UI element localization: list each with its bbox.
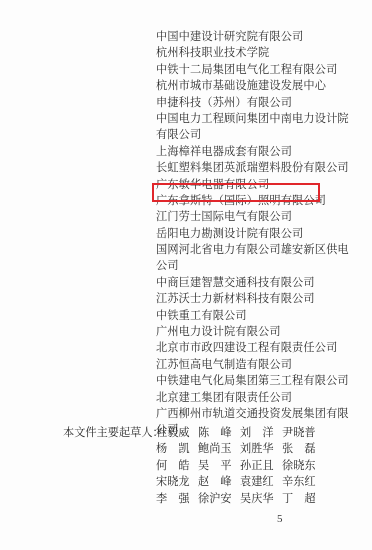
- organization-line: 江苏沃士力新材料科技有限公司: [156, 291, 356, 307]
- drafter-name: 吴庆华: [240, 492, 274, 505]
- organization-line: 中国中建设计研究院有限公司: [156, 29, 356, 45]
- organization-line: 中铁建电气化局集团第三工程有限公司: [156, 373, 356, 389]
- organization-line: 上海樟祥电器成套有限公司: [156, 144, 356, 160]
- drafter-row: 李 强 徐沪安 吴庆华 丁 超: [156, 491, 324, 507]
- organization-line: 江门劳士国际电气有限公司: [156, 209, 356, 225]
- drafter-name: 杨 凯: [156, 442, 190, 455]
- drafter-name: 张 磊: [282, 442, 316, 455]
- drafter-row: 杜毅威 陈 峰 刘 洋 尹晓普: [156, 425, 324, 441]
- organization-line: 中铁十二局集团电气化工程有限公司: [156, 62, 356, 78]
- drafter-name: 刘胜华: [240, 442, 274, 455]
- organization-line: 岳阳电力勘测设计院有限公司: [156, 226, 356, 242]
- organization-line: 中铁重工有限公司: [156, 308, 356, 324]
- organization-line: 公司: [156, 258, 356, 274]
- organization-line: 江苏恒高电气制造有限公司: [156, 357, 356, 373]
- drafter-row: 宋晓龙 赵 峰 袁建红 辛东红: [156, 474, 324, 490]
- organization-line: 国网河北省电力有限公司雄安新区供电: [156, 242, 356, 258]
- drafter-name: 孙正且: [240, 459, 274, 472]
- drafter-row: 杨 凯 鲍尚玉 刘胜华 张 磊: [156, 441, 324, 457]
- drafter-name: 尹晓普: [282, 426, 316, 439]
- drafting-organizations-list: 中国中建设计研究院有限公司 杭州科技职业技术学院 中铁十二局集团电气化工程有限公…: [156, 29, 356, 439]
- drafter-name: 何 皓: [156, 459, 190, 472]
- drafters-label: 本文件主要起草人：: [63, 425, 164, 441]
- drafter-name: 徐沪安: [198, 492, 232, 505]
- drafter-name: 刘 洋: [240, 426, 274, 439]
- drafter-name: 杜毅威: [156, 426, 190, 439]
- drafters-grid: 杜毅威 陈 峰 刘 洋 尹晓普 杨 凯 鲍尚玉 刘胜华 张 磊 何 皓 吴 平 …: [156, 425, 324, 507]
- drafter-name: 鲍尚玉: [198, 442, 232, 455]
- organization-line: 中国电力工程顾问集团中南电力设计院: [156, 111, 356, 127]
- drafter-name: 丁 超: [282, 492, 316, 505]
- document-page: 中国中建设计研究院有限公司 杭州科技职业技术学院 中铁十二局集团电气化工程有限公…: [0, 0, 372, 550]
- drafter-name: 袁建红: [240, 475, 274, 488]
- drafter-name: 陈 峰: [198, 426, 232, 439]
- page-number: 5: [277, 513, 283, 525]
- drafter-name: 徐晓东: [282, 459, 316, 472]
- organization-line: 申捷科技（苏州）有限公司: [156, 95, 356, 111]
- red-highlight-box: [152, 183, 320, 202]
- drafter-name: 李 强: [156, 492, 190, 505]
- drafter-row: 何 皓 吴 平 孙正且 徐晓东: [156, 458, 324, 474]
- organization-line: 长虹塑料集团英派瑞塑料股份有限公司: [156, 160, 356, 176]
- organization-line: 杭州市城市基础设施建设发展中心: [156, 78, 356, 94]
- organization-line: 北京市市政四建设工程有限责任公司: [156, 340, 356, 356]
- drafter-name: 吴 平: [198, 459, 232, 472]
- organization-line: 北京建工集团有限责任公司: [156, 390, 356, 406]
- organization-line: 杭州科技职业技术学院: [156, 45, 356, 61]
- organization-line: 中商巨建智慧交通科技有限公司: [156, 275, 356, 291]
- drafter-name: 赵 峰: [198, 475, 232, 488]
- organization-line: 有限公司: [156, 127, 356, 143]
- drafter-name: 宋晓龙: [156, 475, 190, 488]
- drafter-name: 辛东红: [282, 475, 316, 488]
- organization-line: 广州电力设计院有限公司: [156, 324, 356, 340]
- organization-line: 广西柳州市轨道交通投资发展集团有限: [156, 406, 356, 422]
